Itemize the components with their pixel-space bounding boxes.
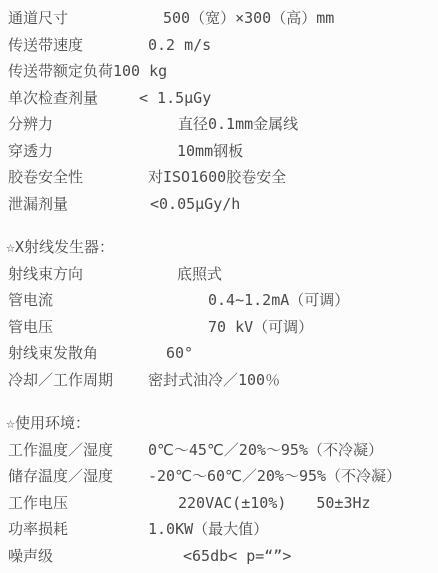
- spec-value: 220VAC(±10%) 50±3Hz: [178, 490, 371, 517]
- spec-label: 射线束发散角: [8, 340, 98, 367]
- spec-row: 泄漏剂量<0.05μGy/h: [0, 191, 438, 218]
- spec-row: 工作温度／湿度0℃～45℃／20%～95%（不冷凝）: [0, 437, 438, 464]
- spec-value: 底照式: [177, 261, 222, 288]
- spec-value: <65db< p=“”>: [183, 543, 291, 570]
- spec-row: 穿透力10mm钢板: [0, 138, 438, 165]
- spec-value: 0.4~1.2mA（可调）: [208, 287, 349, 314]
- spec-value: 密封式油冷／100％: [148, 367, 280, 394]
- spec-row: 工作电压220VAC(±10%) 50±3Hz: [0, 490, 438, 517]
- spec-value: -20℃～60℃／20%～95%（不冷凝）: [148, 463, 401, 490]
- spec-value: 60°: [166, 340, 193, 367]
- spec-value: 100 kg: [113, 58, 167, 85]
- spec-row: 传送带额定负荷100 kg: [0, 58, 438, 85]
- spec-row: 分辨力直径0.1mm金属线: [0, 111, 438, 138]
- spec-row: 射线束方向底照式: [0, 261, 438, 288]
- spec-label: 管电压: [8, 314, 53, 341]
- spec-label: 冷却／工作周期: [8, 367, 113, 394]
- spec-row: 储存温度／湿度-20℃～60℃／20%～95%（不冷凝）: [0, 463, 438, 490]
- spec-value: <0.05μGy/h: [150, 191, 240, 218]
- spec-label: 传送带额定负荷: [8, 58, 113, 85]
- spec-label: 泄漏剂量: [8, 191, 68, 218]
- spec-value: 对ISO1600胶卷安全: [148, 164, 286, 191]
- spec-value: 1.0KW（最大值）: [148, 516, 268, 543]
- spec-row: 单次检查剂量< 1.5μGy: [0, 85, 438, 112]
- section-heading: ☆使用环境：: [6, 410, 90, 437]
- spec-value: 500（宽）×300（高）mm: [163, 5, 334, 32]
- spec-value: 直径0.1mm金属线: [178, 111, 298, 138]
- spec-sheet: 通道尺寸500（宽）×300（高）mm传送带速度0.2 m/s传送带额定负荷10…: [0, 0, 438, 573]
- spec-row: 管电流0.4~1.2mA（可调）: [0, 287, 438, 314]
- spec-label: 工作电压: [8, 490, 68, 517]
- spec-label: 通道尺寸: [8, 5, 68, 32]
- spec-label: 传送带速度: [8, 32, 83, 59]
- spec-row: 通道尺寸500（宽）×300（高）mm: [0, 5, 438, 32]
- spec-value: < 1.5μGy: [139, 85, 211, 112]
- section-heading: ☆X射线发生器：: [6, 234, 114, 261]
- spec-row: 传送带速度0.2 m/s: [0, 32, 438, 59]
- spec-label: 胶卷安全性: [8, 164, 83, 191]
- spec-label: 噪声级: [8, 543, 53, 570]
- spec-label: 储存温度／湿度: [8, 463, 113, 490]
- spec-row: 功率损耗1.0KW（最大值）: [0, 516, 438, 543]
- spec-label: 分辨力: [8, 111, 53, 138]
- section-heading-row: ☆使用环境：: [0, 410, 438, 437]
- spec-label: 管电流: [8, 287, 53, 314]
- spec-label: 射线束方向: [8, 261, 83, 288]
- spec-label: 穿透力: [8, 138, 53, 165]
- spec-value: 10mm钢板: [177, 138, 243, 165]
- spec-label: 单次检查剂量: [8, 85, 98, 112]
- spec-row: 胶卷安全性对ISO1600胶卷安全: [0, 164, 438, 191]
- spec-row: 噪声级<65db< p=“”>: [0, 543, 438, 570]
- spec-row: 冷却／工作周期密封式油冷／100％: [0, 367, 438, 394]
- spec-label: 功率损耗: [8, 516, 68, 543]
- spec-value: 0℃～45℃／20%～95%（不冷凝）: [148, 437, 383, 464]
- spec-label: 工作温度／湿度: [8, 437, 113, 464]
- spec-value: 0.2 m/s: [148, 32, 211, 59]
- spec-row: 射线束发散角60°: [0, 340, 438, 367]
- spec-value: 70 kV（可调）: [208, 314, 313, 341]
- spec-row: 管电压70 kV（可调）: [0, 314, 438, 341]
- section-heading-row: ☆X射线发生器：: [0, 234, 438, 261]
